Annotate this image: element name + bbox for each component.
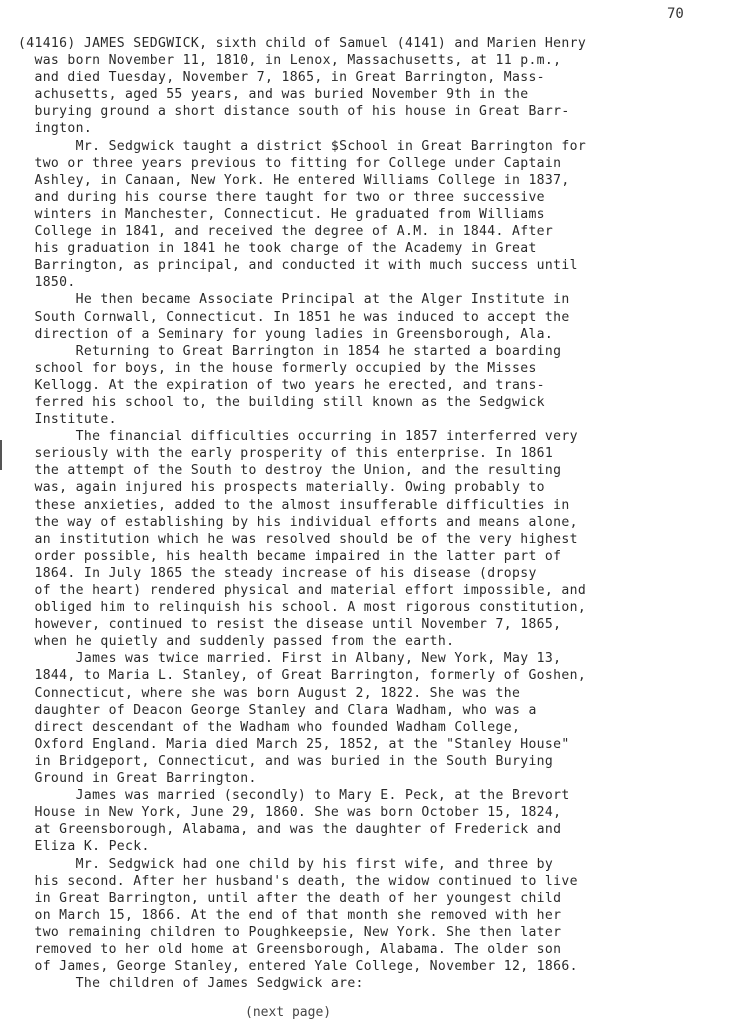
text-line: in Bridgeport, Connecticut, and was buri… [18, 753, 743, 770]
text-line: College in 1841, and received the degree… [18, 223, 743, 240]
body-text: (41416) JAMES SEDGWICK, sixth child of S… [18, 35, 743, 992]
text-line: Ground in Great Barrington. [18, 770, 743, 787]
text-line: the way of establishing by his individua… [18, 514, 743, 531]
text-line: The financial difficulties occurring in … [18, 428, 743, 445]
text-line: Mr. Sedgwick taught a district $School i… [18, 138, 743, 155]
text-line: Eliza K. Peck. [18, 838, 743, 855]
text-line: of the heart) rendered physical and mate… [18, 582, 743, 599]
text-line: Kellogg. At the expiration of two years … [18, 377, 743, 394]
text-line: James was married (secondly) to Mary E. … [18, 787, 743, 804]
text-line: on March 15, 1866. At the end of that mo… [18, 907, 743, 924]
text-line: removed to her old home at Greensborough… [18, 941, 743, 958]
text-line: of James, George Stanley, entered Yale C… [18, 958, 743, 975]
text-line: ferred his school to, the building still… [18, 394, 743, 411]
text-line: at Greensborough, Alabama, and was the d… [18, 821, 743, 838]
text-line: Returning to Great Barrington in 1854 he… [18, 343, 743, 360]
text-line: his second. After her husband's death, t… [18, 873, 743, 890]
text-line: Mr. Sedgwick had one child by his first … [18, 856, 743, 873]
text-line: was, again injured his prospects materia… [18, 479, 743, 496]
text-line: South Cornwall, Connecticut. In 1851 he … [18, 309, 743, 326]
text-line: He then became Associate Principal at th… [18, 291, 743, 308]
text-line: (41416) JAMES SEDGWICK, sixth child of S… [18, 35, 743, 52]
text-line: 1864. In July 1865 the steady increase o… [18, 565, 743, 582]
text-line: direction of a Seminary for young ladies… [18, 326, 743, 343]
page-number: 70 [667, 6, 684, 22]
text-line: direct descendant of the Wadham who foun… [18, 719, 743, 736]
text-line: Institute. [18, 411, 743, 428]
text-line: achusetts, aged 55 years, and was buried… [18, 86, 743, 103]
text-line: 1844, to Maria L. Stanley, of Great Barr… [18, 667, 743, 684]
text-line: winters in Manchester, Connecticut. He g… [18, 206, 743, 223]
text-line: ington. [18, 120, 743, 137]
text-line: House in New York, June 29, 1860. She wa… [18, 804, 743, 821]
text-line: Oxford England. Maria died March 25, 185… [18, 736, 743, 753]
text-line: daughter of Deacon George Stanley and Cl… [18, 702, 743, 719]
text-line: however, continued to resist the disease… [18, 616, 743, 633]
text-line: Barrington, as principal, and conducted … [18, 257, 743, 274]
text-line: was born November 11, 1810, in Lenox, Ma… [18, 52, 743, 69]
text-line: the attempt of the South to destroy the … [18, 462, 743, 479]
next-page-note: (next page) [245, 1005, 331, 1020]
text-line: when he quietly and suddenly passed from… [18, 633, 743, 650]
text-line: The children of James Sedgwick are: [18, 975, 743, 992]
text-line: obliged him to relinquish his school. A … [18, 599, 743, 616]
text-line: in Great Barrington, until after the dea… [18, 890, 743, 907]
text-line: James was twice married. First in Albany… [18, 650, 743, 667]
margin-mark [0, 440, 2, 470]
text-line: Connecticut, where she was born August 2… [18, 685, 743, 702]
text-line: order possible, his health became impair… [18, 548, 743, 565]
text-line: two or three years previous to fitting f… [18, 155, 743, 172]
text-line: seriously with the early prosperity of t… [18, 445, 743, 462]
text-line: Ashley, in Canaan, New York. He entered … [18, 172, 743, 189]
text-line: 1850. [18, 274, 743, 291]
text-line: his graduation in 1841 he took charge of… [18, 240, 743, 257]
text-line: and died Tuesday, November 7, 1865, in G… [18, 69, 743, 86]
text-line: an institution which he was resolved sho… [18, 531, 743, 548]
text-line: school for boys, in the house formerly o… [18, 360, 743, 377]
text-line: burying ground a short distance south of… [18, 103, 743, 120]
text-line: these anxieties, added to the almost ins… [18, 497, 743, 514]
text-line: and during his course there taught for t… [18, 189, 743, 206]
text-line: two remaining children to Poughkeepsie, … [18, 924, 743, 941]
